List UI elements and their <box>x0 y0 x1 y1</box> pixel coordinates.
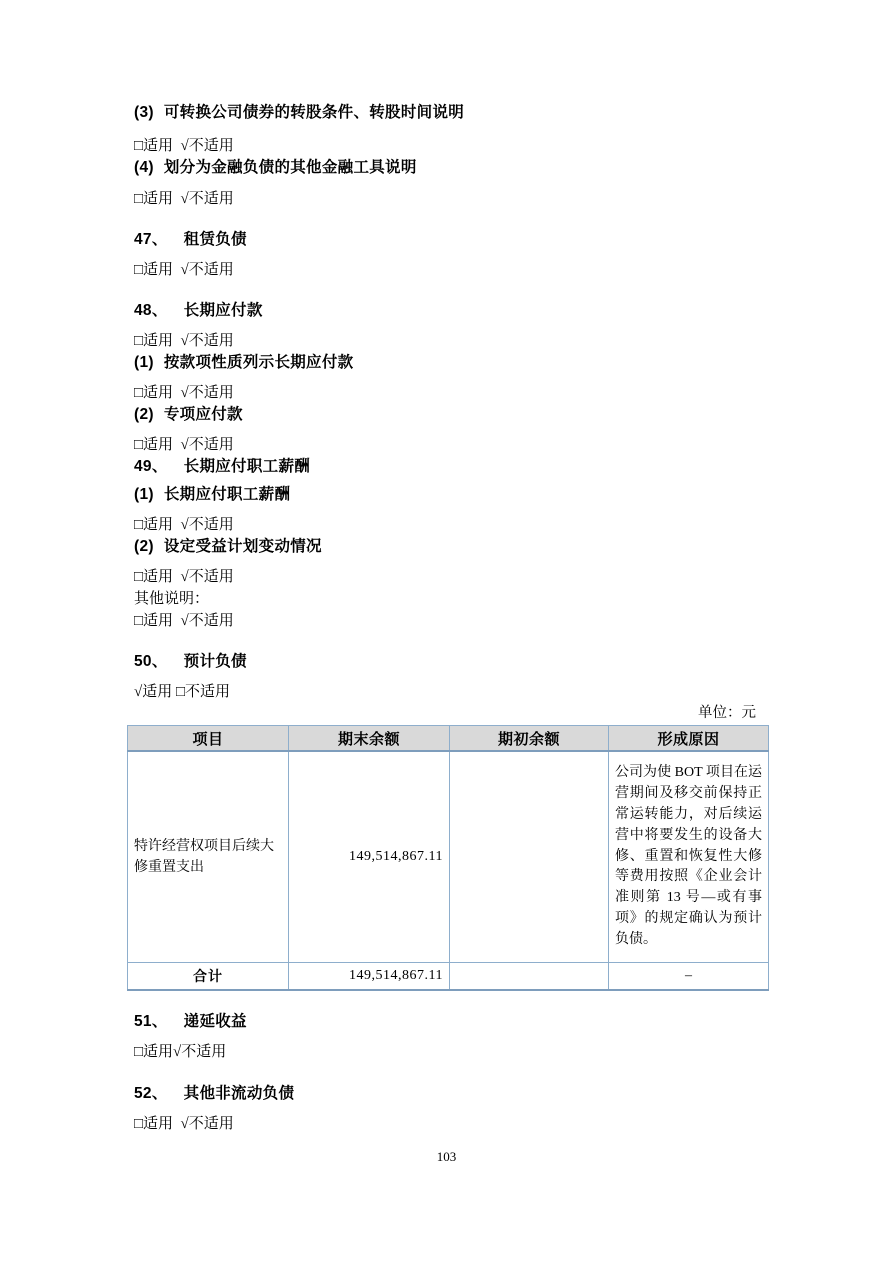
heading-title: 划分为金融负债的其他金融工具说明 <box>164 159 417 176</box>
cell-beginning-balance <box>450 751 609 963</box>
heading-number: (4) <box>134 159 154 176</box>
table-header-reason: 形成原因 <box>609 726 769 752</box>
page-number: 103 <box>0 1148 893 1166</box>
heading-long-term-employee-benefits-detail: (1)长期应付职工薪酬 <box>134 484 768 506</box>
heading-defined-benefit-plan-changes: (2)设定受益计划变动情况 <box>134 536 768 558</box>
heading-number: 51、 <box>134 1013 168 1030</box>
table-total-row: 合计 149,514,867.11 – <box>128 963 769 991</box>
heading-title: 预计负债 <box>184 653 247 670</box>
applicability-line: □适用 √不适用 <box>134 259 768 281</box>
heading-number: 49、 <box>134 458 168 475</box>
heading-lease-liabilities: 47、租赁负债 <box>134 229 768 251</box>
cell-total-ending-balance: 149,514,867.11 <box>289 963 450 991</box>
applicability-line: □适用 √不适用 <box>134 330 768 352</box>
heading-long-term-payables-by-nature: (1)按款项性质列示长期应付款 <box>134 352 768 374</box>
document-page-content: (3)可转换公司债券的转股条件、转股时间说明 □适用 √不适用 (4)划分为金融… <box>127 102 768 1135</box>
heading-special-payables: (2)专项应付款 <box>134 404 768 426</box>
heading-title: 递延收益 <box>184 1013 247 1030</box>
heading-convertible-bond-terms: (3)可转换公司债券的转股条件、转股时间说明 <box>134 102 768 124</box>
heading-number: 48、 <box>134 302 168 319</box>
heading-title: 按款项性质列示长期应付款 <box>164 354 354 371</box>
heading-title: 长期应付职工薪酬 <box>184 458 310 475</box>
heading-provisions: 50、预计负债 <box>134 651 768 673</box>
table-header-beginning-balance: 期初余额 <box>450 726 609 752</box>
applicability-line: □适用 √不适用 <box>134 566 768 588</box>
heading-number: (1) <box>134 354 154 371</box>
cell-reason: 公司为使 BOT 项目在运营期间及移交前保持正常运转能力，对后续运营中将要发生的… <box>609 751 769 963</box>
table-row: 特许经营权项目后续大修重置支出 149,514,867.11 公司为使 BOT … <box>128 751 769 963</box>
cell-item-name: 特许经营权项目后续大修重置支出 <box>128 751 289 963</box>
cell-total-beginning-balance <box>450 963 609 991</box>
unit-label: 单位：元 <box>127 703 768 723</box>
heading-other-financial-instruments: (4)划分为金融负债的其他金融工具说明 <box>134 157 768 179</box>
heading-number: 47、 <box>134 231 168 248</box>
table-header-row: 项目 期末余额 期初余额 形成原因 <box>128 726 769 752</box>
provisions-table: 项目 期末余额 期初余额 形成原因 特许经营权项目后续大修重置支出 149,51… <box>127 725 769 991</box>
heading-title: 租赁负债 <box>184 231 247 248</box>
applicability-line: □适用 √不适用 <box>134 382 768 404</box>
heading-title: 设定受益计划变动情况 <box>164 538 322 555</box>
heading-number: (3) <box>134 104 154 121</box>
applicability-line: √适用 □不适用 <box>134 681 768 703</box>
heading-other-non-current-liabilities: 52、其他非流动负债 <box>134 1083 768 1105</box>
applicability-line: □适用 √不适用 <box>134 1113 768 1135</box>
heading-number: (2) <box>134 406 154 423</box>
table-header-item: 项目 <box>128 726 289 752</box>
heading-number: (2) <box>134 538 154 555</box>
cell-ending-balance: 149,514,867.11 <box>289 751 450 963</box>
heading-title: 其他非流动负债 <box>184 1085 295 1102</box>
heading-deferred-income: 51、递延收益 <box>134 1011 768 1033</box>
applicability-line: □适用 √不适用 <box>134 135 768 157</box>
heading-title: 长期应付职工薪酬 <box>164 486 290 503</box>
applicability-line: □适用 √不适用 <box>134 188 768 210</box>
cell-total-label: 合计 <box>128 963 289 991</box>
heading-long-term-payables: 48、长期应付款 <box>134 300 768 322</box>
applicability-line: □适用 √不适用 <box>134 434 768 456</box>
heading-title: 长期应付款 <box>184 302 263 319</box>
table-header-ending-balance: 期末余额 <box>289 726 450 752</box>
heading-title: 专项应付款 <box>164 406 243 423</box>
other-note-label: 其他说明： <box>134 588 768 610</box>
applicability-line: □适用√不适用 <box>134 1041 768 1063</box>
heading-long-term-employee-benefits: 49、长期应付职工薪酬 <box>134 456 768 478</box>
heading-number: 50、 <box>134 653 168 670</box>
cell-total-reason: – <box>609 963 769 991</box>
heading-number: (1) <box>134 486 154 503</box>
heading-title: 可转换公司债券的转股条件、转股时间说明 <box>164 104 464 121</box>
applicability-line: □适用 √不适用 <box>134 514 768 536</box>
applicability-line: □适用 √不适用 <box>134 610 768 632</box>
heading-number: 52、 <box>134 1085 168 1102</box>
